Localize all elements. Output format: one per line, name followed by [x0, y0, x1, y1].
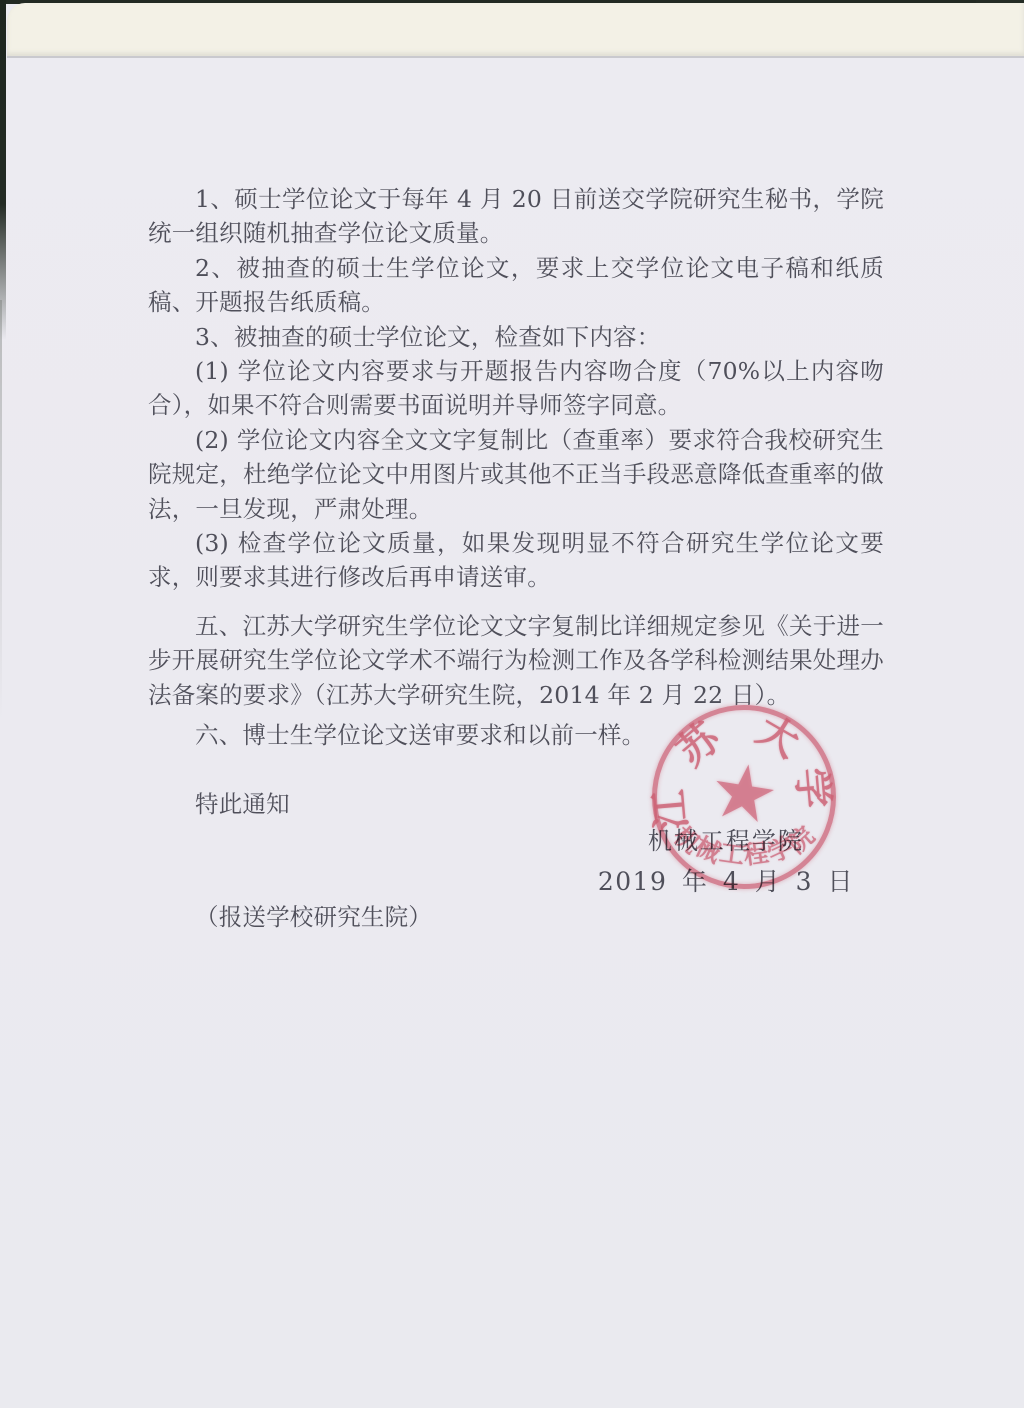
- paragraph-section-6: 六、博士生学位论文送审要求和以前一样。: [148, 718, 884, 752]
- paragraph-3: 3、被抽查的硕士学位论文，检查如下内容：: [148, 320, 884, 354]
- signature-block: 机械工程学院 2019 年 4 月 3 日: [598, 824, 854, 900]
- paragraph-4: (1) 学位论文内容要求与开题报告内容吻合度（70%以上内容吻合），如果不符合则…: [148, 354, 884, 423]
- closing-phrase: 特此通知: [148, 787, 884, 821]
- paragraph-1: 1、硕士学位论文于每年 4 月 20 日前送交学院研究生秘书，学院统一组织随机抽…: [148, 182, 884, 251]
- paragraph-5: (2) 学位论文内容全文文字复制比（查重率）要求符合我校研究生院规定，杜绝学位论…: [148, 423, 884, 526]
- scanner-edge-left: [0, 0, 6, 340]
- signature-date: 2019 年 4 月 3 日: [598, 865, 854, 899]
- cc-note: （报送学校研究生院）: [148, 900, 884, 934]
- paragraph-6: (3) 检查学位论文质量，如果发现明显不符合研究生学位论文要求，则要求其进行修改…: [148, 526, 884, 595]
- document-body: 1、硕士学位论文于每年 4 月 20 日前送交学院研究生秘书，学院统一组织随机抽…: [148, 182, 884, 934]
- paragraph-2: 2、被抽查的硕士生学位论文，要求上交学位论文电子稿和纸质稿、开题报告纸质稿。: [148, 251, 884, 320]
- scanner-top-band: [7, 3, 1024, 58]
- signature-organization: 机械工程学院: [598, 824, 854, 858]
- paragraph-section-5: 五、江苏大学研究生学位论文文字复制比详细规定参见《关于进一步开展研究生学位论文学…: [148, 609, 884, 712]
- scanner-edge-left-faint: [0, 300, 2, 720]
